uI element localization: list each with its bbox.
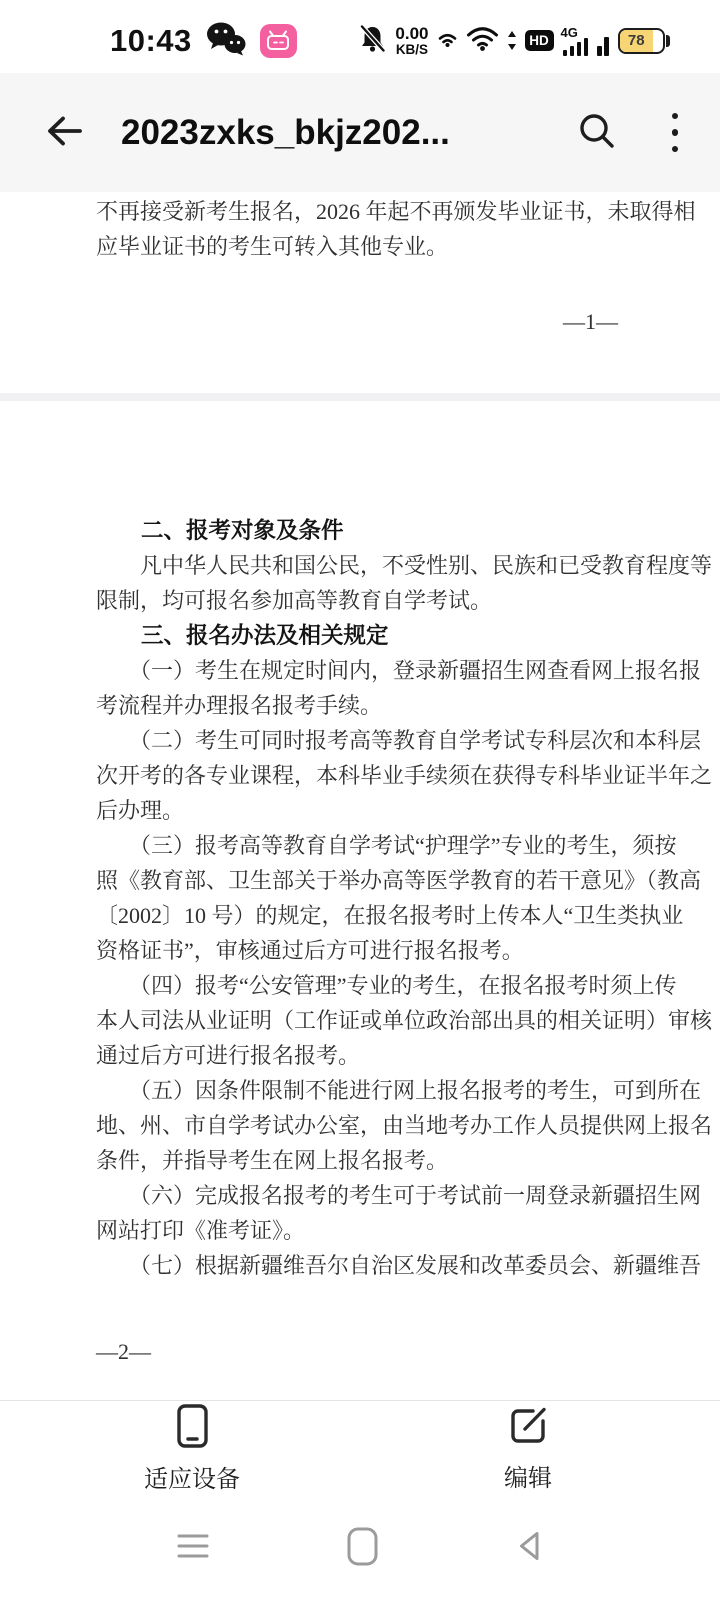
doc-line: （六）完成报名报考的考生可于考试前一周登录新疆招生网 (0, 1178, 720, 1213)
doc-heading: 三、报名办法及相关规定 (0, 618, 720, 653)
back-arrow-icon (42, 114, 83, 151)
recents-button[interactable] (176, 1532, 210, 1563)
bottom-action-bar: 适应设备 编辑 (0, 1400, 720, 1495)
doc-line: （一）考生在规定时间内，登录新疆招生网查看网上报名报 (0, 653, 720, 688)
wifi-large-icon (466, 25, 499, 56)
edit-label: 编辑 (504, 1458, 552, 1493)
status-right: 0.00 KB/S HD (359, 24, 670, 58)
doc-line: 考流程并办理报名报考手续。 (0, 688, 720, 723)
doc-line: （二）考生可同时报考高等教育自学考试专科层次和本科层 (0, 723, 720, 758)
home-button[interactable] (346, 1526, 379, 1570)
hd-badge-icon: HD (525, 30, 554, 51)
fit-device-label: 适应设备 (144, 1459, 240, 1494)
navigation-bar (0, 1495, 720, 1600)
search-button[interactable] (578, 112, 616, 153)
menu-icon (176, 1532, 210, 1563)
doc-line: （四）报考“公安管理”专业的考生，在报名报考时须上传 (0, 968, 720, 1003)
doc-line: 照《教育部、卫生部关于举办高等医学教育的若干意见》（教高 (0, 863, 720, 898)
edit-icon (506, 1404, 550, 1451)
doc-line: 通过后方可进行报名报考。 (0, 1038, 720, 1073)
page-number: —1— (0, 309, 720, 335)
edit-button[interactable]: 编辑 (448, 1404, 608, 1493)
back-nav-icon (514, 1529, 544, 1566)
doc-line: （三）报考高等教育自学考试“护理学”专业的考生，须按 (0, 828, 720, 863)
doc-heading: 二、报考对象及条件 (0, 513, 720, 548)
toolbar: 2023zxks_bkjz202... (0, 73, 720, 192)
doc-line: （五）因条件限制不能进行网上报名报考的考生，可到所在 (0, 1073, 720, 1108)
doc-line: 〔2002〕10 号）的规定，在报名报考时上传本人“卫生类执业 (0, 898, 720, 933)
doc-line: 条件，并指导考生在网上报名报考。 (0, 1143, 720, 1178)
status-bar: 10:43 (0, 0, 720, 73)
doc-line: 资格证书”，审核通过后方可进行报名报考。 (0, 933, 720, 968)
wechat-icon (205, 20, 247, 62)
document-viewer[interactable]: 不再接受新考生报名，2026 年起不再颁发毕业证书，未取得相 应毕业证书的考生可… (0, 192, 720, 1400)
network-speed: 0.00 KB/S (395, 25, 428, 57)
doc-line: （七）根据新疆维吾尔自治区发展和改革委员会、新疆维吾 (0, 1248, 720, 1283)
document-page-2: 二、报考对象及条件 凡中华人民共和国公民，不受性别、民族和已受教育程度等 限制，… (0, 401, 720, 1400)
clock: 10:43 (110, 23, 192, 59)
wifi-small-icon (438, 29, 457, 52)
status-left: 10:43 (110, 20, 297, 62)
doc-line: 次开考的各专业课程，本科毕业手续须在获得专科毕业证半年之 (0, 758, 720, 793)
page-divider (0, 393, 720, 401)
doc-line: 凡中华人民共和国公民，不受性别、民族和已受教育程度等 (0, 548, 720, 583)
back-nav-button[interactable] (514, 1529, 544, 1566)
doc-line: 本人司法从业证明（工作证或单位政治部出具的相关证明）审核 (0, 1003, 720, 1038)
doc-line: 不再接受新考生报名，2026 年起不再颁发毕业证书，未取得相 (0, 194, 720, 229)
wifi-traffic-arrows-icon (508, 31, 516, 50)
bell-muted-icon (359, 24, 386, 58)
doc-line: 地、州、市自学考试办公室，由当地考办工作人员提供网上报名 (0, 1108, 720, 1143)
back-button[interactable] (42, 114, 83, 151)
battery-icon: 78 (618, 28, 671, 54)
page-number: —2— (0, 1339, 720, 1365)
doc-line: 后办理。 (0, 793, 720, 828)
doc-line: 应毕业证书的考生可转入其他专业。 (0, 229, 720, 264)
phone-icon (176, 1403, 209, 1452)
doc-line: 限制，均可报名参加高等教育自学考试。 (0, 583, 720, 618)
fit-device-button[interactable]: 适应设备 (112, 1403, 272, 1494)
home-icon (346, 1526, 379, 1570)
doc-line: 网站打印《准考证》。 (0, 1213, 720, 1248)
signal-bars-icon: 4G (563, 26, 589, 56)
search-icon (578, 112, 616, 153)
document-title: 2023zxks_bkjz202... (121, 113, 578, 153)
overflow-menu-button[interactable] (668, 109, 683, 157)
signal-bars-2-icon (597, 26, 609, 56)
screen: 10:43 (0, 0, 720, 1600)
pink-app-icon (260, 24, 297, 58)
overflow-menu-icon (668, 109, 683, 157)
document-page-1: 不再接受新考生报名，2026 年起不再颁发毕业证书，未取得相 应毕业证书的考生可… (0, 192, 720, 393)
